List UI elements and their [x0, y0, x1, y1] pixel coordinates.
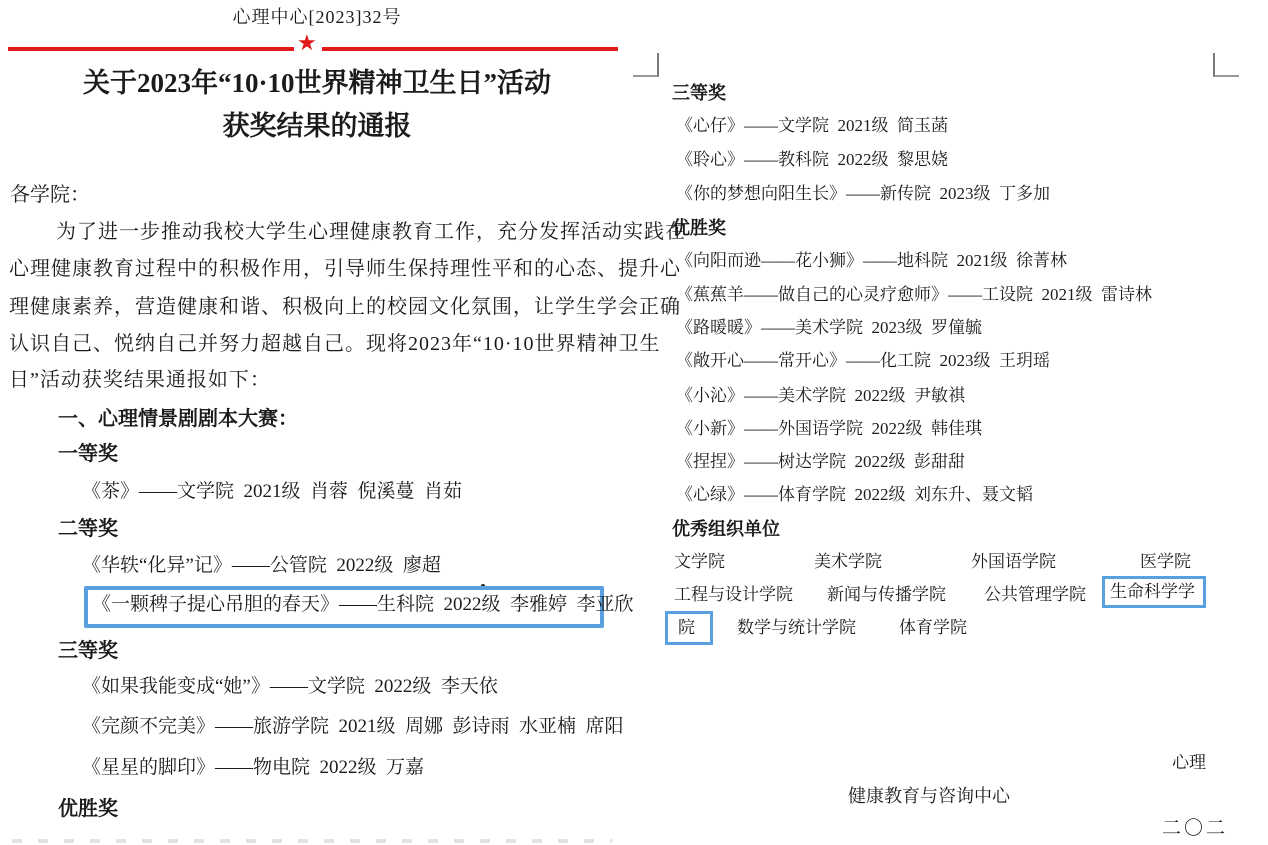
second-prize-label: 二等奖	[58, 518, 118, 541]
org-unit: 医学院	[1140, 552, 1191, 572]
doc-title-line1: 关于2023年“10·10世界精神卫生日”活动	[0, 68, 634, 99]
award-entry: 《聆心》——教科院 2022级 黎思娆	[676, 150, 948, 170]
text-boundary-corner-icon	[633, 53, 659, 77]
org-unit: 外国语学院	[971, 552, 1056, 572]
section-heading-competition: 一、心理情景剧剧本大赛：	[58, 408, 298, 431]
org-unit: 公共管理学院	[984, 585, 1086, 605]
award-entry: 《向阳而逊——花小狮》——地科院 2021级 徐菁林	[676, 251, 1067, 271]
org-unit: 新闻与传播学院	[827, 585, 946, 605]
award-entry: 《完颜不完美》——旅游学院 2021级 周娜 彭诗雨 水亚楠 席阳	[82, 716, 624, 738]
text-boundary-corner-icon	[1213, 53, 1239, 77]
third-prize-label-right: 三等奖	[672, 83, 726, 104]
award-entry: 《星星的脚印》——物电院 2022级 万嘉	[82, 757, 424, 779]
winner-prize-label: 优胜奖	[58, 798, 118, 821]
award-entry: 《华轶“化异”记》——公管院 2022级 廖超	[82, 555, 441, 577]
paragraph-line: 认识自己、悦纳自己并努力超越自己。现将2023年“10·10世界精神卫生	[9, 333, 661, 356]
award-entry: 《你的梦想向阳生长》——新传院 2023级 丁多加	[676, 184, 1050, 204]
org-unit: 体育学院	[899, 618, 967, 638]
signature-line1: 心理	[1172, 753, 1206, 773]
award-entry-highlighted: 《一颗稗子提心吊胆的春天》——生科院 2022级 李雅婷 李亚欣	[92, 594, 634, 616]
org-unit-highlighted: 院	[678, 618, 695, 638]
org-unit: 文学院	[674, 552, 725, 572]
paragraph-line: 心理健康教育过程中的积极作用，引导师生保持理性平和的心态、提升心	[9, 258, 681, 281]
doc-number: 心理中心[2023]32号	[0, 7, 634, 28]
award-entry: 《捏捏》——树达学院 2022级 彭甜甜	[676, 452, 965, 472]
award-entry: 《蕉蕉羊——做自己的心灵疗愈师》——工设院 2021级 雷诗林	[676, 285, 1152, 305]
document-spread: 心理中心[2023]32号 ★ 关于2023年“10·10世界精神卫生日”活动 …	[0, 0, 1268, 845]
red-rule-left	[8, 47, 294, 51]
award-entry: 《敞开心——常开心》——化工院 2023级 王玥瑶	[676, 351, 1050, 371]
award-entry: 《茶》——文学院 2021级 肖蓉 倪溪蔓 肖茹	[82, 481, 462, 503]
award-entry: 《如果我能变成“她”》——文学院 2022级 李天依	[82, 676, 498, 698]
org-unit: 美术学院	[814, 552, 882, 572]
org-unit-highlighted: 生命科学学	[1110, 582, 1195, 602]
first-prize-label: 一等奖	[58, 443, 118, 466]
red-rule-right	[322, 47, 618, 51]
org-units-label: 优秀组织单位	[672, 519, 780, 540]
paragraph-line: 理健康素养，营造健康和谐、积极向上的校园文化氛围，让学生学会正确	[9, 296, 681, 319]
signature-line2: 健康教育与咨询中心	[848, 786, 1010, 807]
salutation: 各学院：	[10, 184, 90, 207]
signature-date: 二〇二	[1162, 818, 1228, 840]
red-star-icon: ★	[297, 32, 317, 54]
paragraph-line: 日”活动获奖结果通报如下：	[9, 369, 271, 392]
award-entry: 《心绿》——体育学院 2022级 刘东升、聂文韬	[676, 485, 1033, 505]
winner-prize-label-right: 优胜奖	[672, 218, 726, 239]
cutoff-text-trace	[12, 839, 612, 843]
award-entry: 《小新》——外国语学院 2022级 韩佳琪	[676, 419, 982, 439]
third-prize-label: 三等奖	[58, 640, 118, 663]
award-entry: 《小沁》——美术学院 2022级 尹敏祺	[676, 386, 965, 406]
org-unit: 数学与统计学院	[737, 618, 856, 638]
org-unit: 工程与设计学院	[674, 585, 793, 605]
award-entry: 《心仔》——文学院 2021级 简玉菡	[676, 116, 948, 136]
paragraph-line: 为了进一步推动我校大学生心理健康教育工作，充分发挥活动实践在	[56, 221, 686, 244]
award-entry: 《路暖暖》——美术学院 2023级 罗僮毓	[676, 318, 982, 338]
doc-title-line2: 获奖结果的通报	[0, 111, 634, 142]
